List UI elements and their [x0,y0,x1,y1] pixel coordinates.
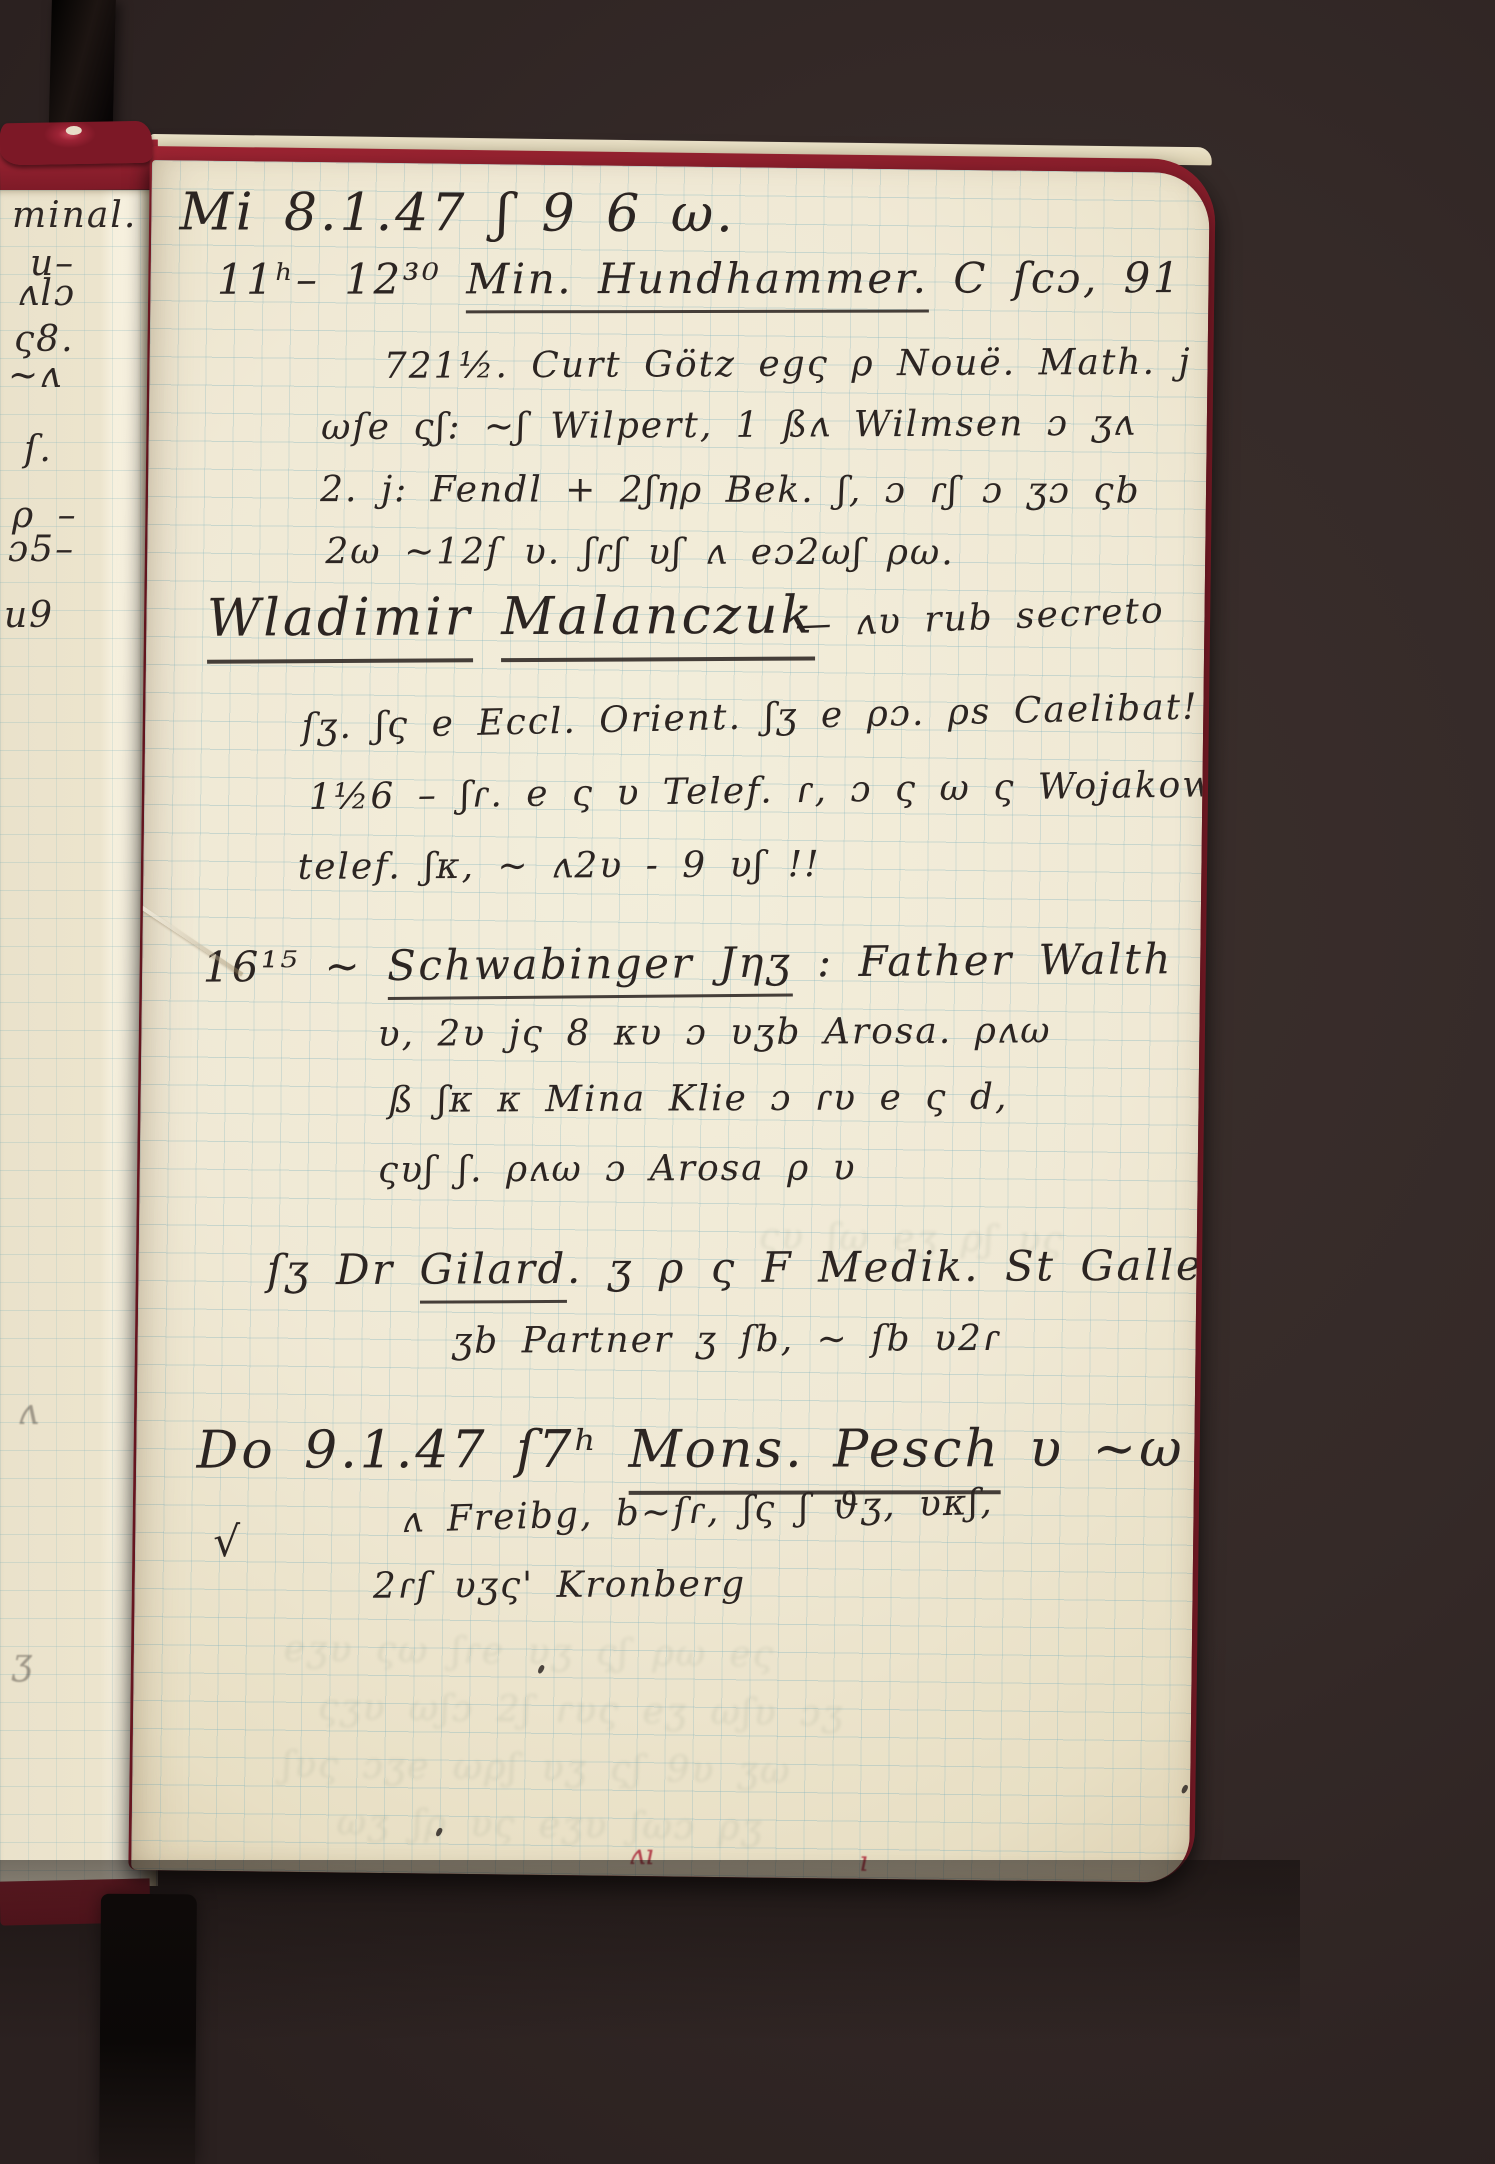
notebook-page: ςυ ʃω eʒ ρʃ υςeʒυ ςω ʃɾe υʒ ςʃ ρω eςςʒυ … [131,160,1210,1883]
text-run: ~ʌ [8,355,63,396]
left-page-fragment: ſ. [24,432,53,468]
ink-speck [537,1664,545,1674]
ink-speck [435,1827,443,1837]
left-page-fragment: u9 [4,598,54,634]
red-page-edge-bunched [0,121,152,166]
left-page-fragment: ʌlɔ [18,276,76,312]
text-run: ʒ [12,1642,34,1683]
paper-speck-highlight [66,126,82,135]
red-edge-marks-layer: ʌıı [131,160,1210,1883]
left-page-fragment: ς8. [14,322,75,358]
text-run: minal. [12,195,137,236]
text-run: u9 [4,595,54,636]
photo-backdrop: minal.u–ʌlɔς8.~ʌſ.ρ –ɔ5–u9ʌʒ ςυ ʃω eʒ ρʃ… [0,0,1495,2164]
binding-shadow-strip [99,1894,197,2164]
red-ink-mark: ı [859,1845,868,1878]
text-run: ɔ5– [8,529,75,570]
ink-speck [1181,1784,1189,1794]
text-run: ʌlɔ [18,273,76,314]
red-ink-mark: ʌı [629,1838,654,1871]
text-run: ʌ [18,1392,40,1433]
left-page-fragment: ʌ [18,1395,40,1431]
left-page-fragment: minal. [12,198,137,234]
left-page-fragment: ~ʌ [8,358,63,394]
text-run: ſ. [24,429,53,470]
left-page-fragment: ɔ5– [8,532,75,568]
text-run: ς8. [14,319,75,360]
left-page-fragment: ʒ [12,1645,34,1681]
